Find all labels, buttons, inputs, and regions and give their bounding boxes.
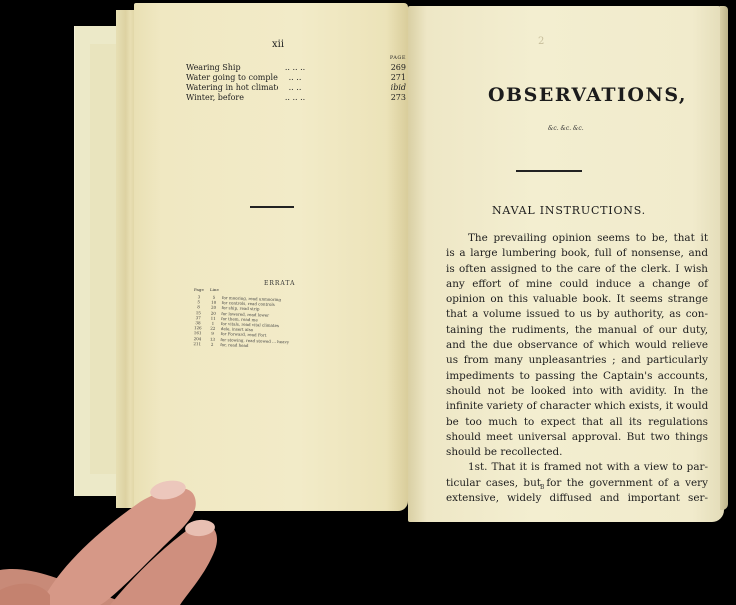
text-line: taining the rudiments, the manual of our… xyxy=(446,323,708,338)
text-line: any effort of mine could induce a change… xyxy=(446,277,708,292)
decorative-rule xyxy=(516,170,582,172)
toc-entry: Winter, before .. .. .. 273 xyxy=(186,93,410,103)
left-page: xii PAGE Wearing Ship .. .. .. 269 Water… xyxy=(134,3,408,511)
toc-entry: Wearing Ship .. .. .. 269 xyxy=(186,63,410,73)
text-line: 1st. That it is framed not with a view t… xyxy=(446,460,708,475)
text-line: opinion on this valuable book. It seems … xyxy=(446,292,708,307)
text-line: should not be looked into with avidity. … xyxy=(446,384,708,399)
text-line: is a large lumbering book, full of nonse… xyxy=(446,246,708,261)
table-of-contents: PAGE Wearing Ship .. .. .. 269 Water goi… xyxy=(186,53,410,103)
page-subtitle: &c. &c. &c. xyxy=(548,125,584,132)
text-line: us from many unpleasantries ; and partic… xyxy=(446,353,708,368)
body-text: The prevailing opinion seems to be, that… xyxy=(446,231,708,506)
errata-title: ERRATA xyxy=(264,281,295,286)
toc-entry: Water going to complete .. .. 271 xyxy=(186,73,410,83)
page-number: xii xyxy=(272,39,284,50)
errata-header-page: Page xyxy=(194,287,204,292)
text-line: infinite variety of character which exis… xyxy=(446,399,708,414)
text-line: impediments to passing the Captain's acc… xyxy=(446,369,708,384)
text-line: The prevailing opinion seems to be, that… xyxy=(446,231,708,246)
text-line: should be recollected. xyxy=(446,445,708,460)
signature-mark: B xyxy=(540,484,544,491)
page-title: OBSERVATIONS, xyxy=(488,84,687,106)
text-line: should meet universal approval. But two … xyxy=(446,430,708,445)
errata-list: 35for mooring, read unmooring 510for con… xyxy=(190,294,352,351)
text-line: is often assigned to the care of the cle… xyxy=(446,262,708,277)
page-edge xyxy=(720,6,728,510)
text-line: be too much to expect that all its regul… xyxy=(446,415,708,430)
decorative-rule xyxy=(250,206,294,208)
section-heading: NAVAL INSTRUCTIONS. xyxy=(492,204,646,217)
text-line: that a volume issued to us by authority,… xyxy=(446,307,708,322)
toc-column-header: PAGE xyxy=(186,53,410,63)
text-line: extensive, widely diffused and important… xyxy=(446,491,708,506)
errata-header-line: Line xyxy=(210,287,219,292)
right-page: 2 OBSERVATIONS, &c. &c. &c. NAVAL INSTRU… xyxy=(408,6,724,522)
hand-image xyxy=(0,470,240,605)
text-line: ticular cases, but for the government of… xyxy=(446,476,708,491)
ghost-page-number: 2 xyxy=(538,36,544,47)
text-line: and the due observance of which would re… xyxy=(446,338,708,353)
toc-entry: Watering in hot climates .. .. ibid xyxy=(186,83,410,93)
